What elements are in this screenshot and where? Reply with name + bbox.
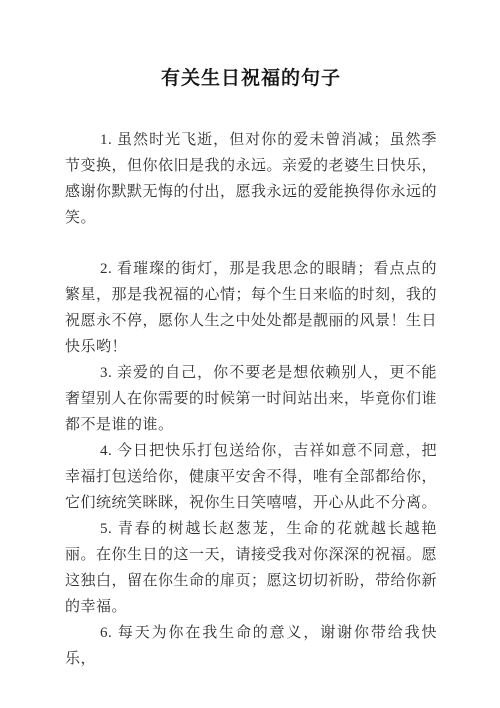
paragraph-3: 3. 亲爱的自己，你不要老是想依赖别人，更不能奢望别人在你需要的时候第一时间站出… xyxy=(65,360,437,438)
page-title: 有关生日祝福的句子 xyxy=(65,66,437,92)
paragraph-1: 1. 虽然时光飞逝，但对你的爱未曾消减；虽然季节变换，但你依旧是我的永远。亲爱的… xyxy=(65,127,437,231)
paragraph-4: 4. 今日把快乐打包送给你，吉祥如意不同意，把幸福打包送给你，健康平安舍不得，唯… xyxy=(65,438,437,516)
paragraph-5: 5. 青春的树越长赵葱茏，生命的花就越长越艳丽。在你生日的这一天，请接受我对你深… xyxy=(65,516,437,620)
paragraph-6: 6. 每天为你在我生命的意义，谢谢你带给我快乐， xyxy=(65,620,437,672)
paragraph-2: 2. 看璀璨的街灯，那是我思念的眼睛；看点点的繁星，那是我祝福的心情；每个生日来… xyxy=(65,256,437,360)
document-page: 有关生日祝福的句子 1. 虽然时光飞逝，但对你的爱未曾消减；虽然季节变换，但你依… xyxy=(0,0,500,708)
document-body: 1. 虽然时光飞逝，但对你的爱未曾消减；虽然季节变换，但你依旧是我的永远。亲爱的… xyxy=(65,127,437,672)
